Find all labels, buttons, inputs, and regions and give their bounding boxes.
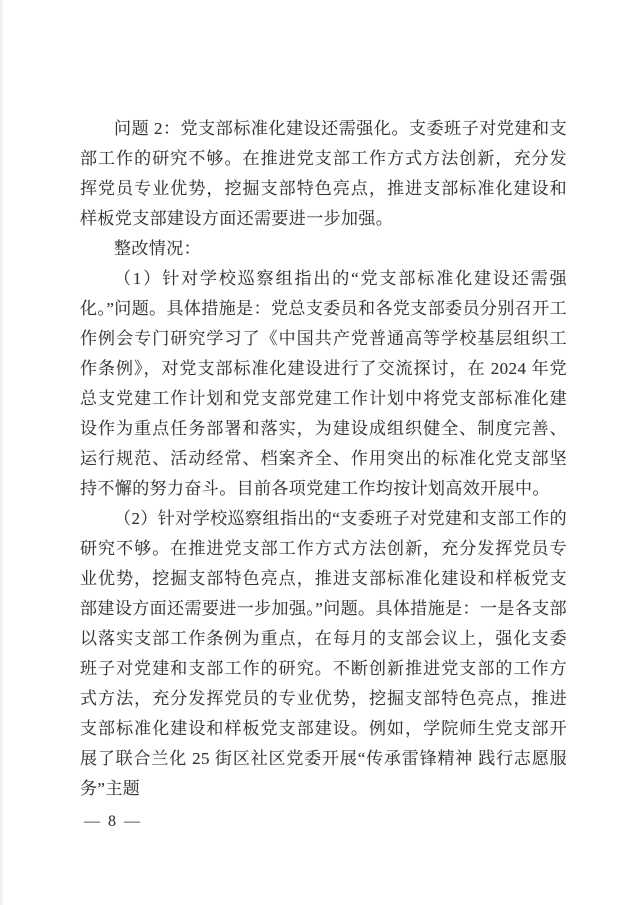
measure-2-paragraph: （2）针对学校巡察组指出的“支委班子对党建和支部工作的研究不够。在推进党支部工作… — [80, 504, 567, 804]
problem-statement-paragraph: 问题 2：党支部标准化建设还需强化。支委班子对党建和支部工作的研究不够。在推进党… — [80, 114, 567, 234]
document-body: 问题 2：党支部标准化建设还需强化。支委班子对党建和支部工作的研究不够。在推进党… — [80, 114, 567, 804]
page-number: — 8 — — [84, 810, 142, 834]
document-page: 问题 2：党支部标准化建设还需强化。支委班子对党建和支部工作的研究不够。在推进党… — [0, 0, 639, 905]
rectification-heading: 整改情况： — [80, 234, 567, 264]
scan-edge-shadow — [0, 0, 4, 905]
measure-1-paragraph: （1）针对学校巡察组指出的“党支部标准化建设还需强化。”问题。具体措施是：党总支… — [80, 264, 567, 504]
